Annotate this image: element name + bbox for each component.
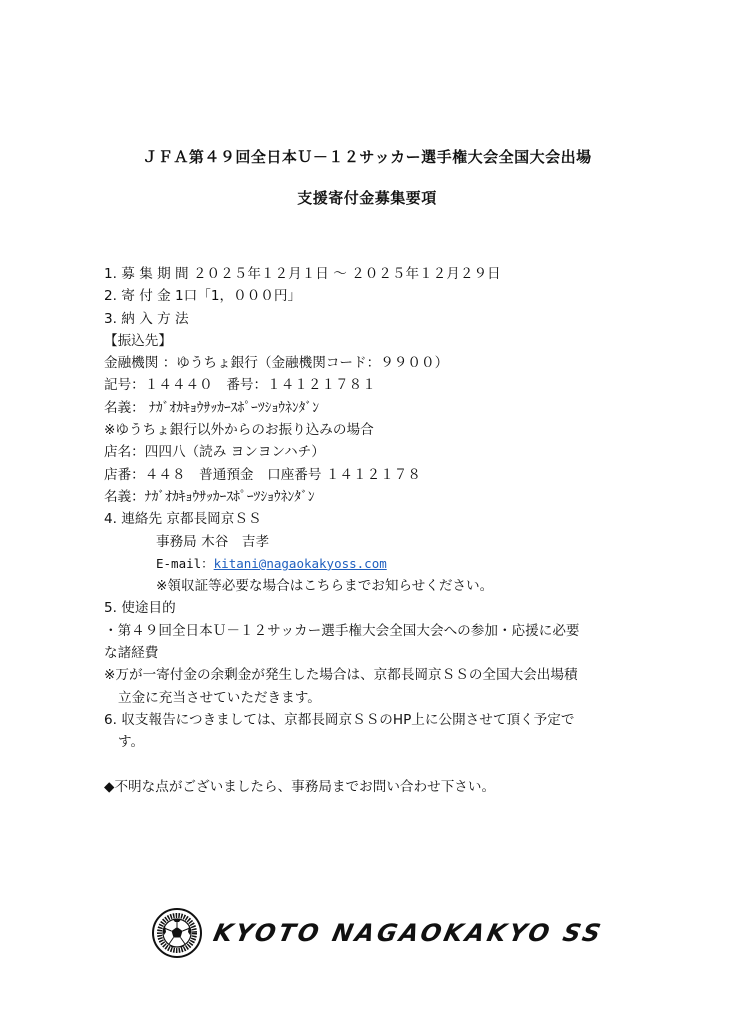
email-link[interactable]: kitani@nagaokakyoss.com bbox=[214, 556, 387, 571]
account-symbol-number: 記号：１４４４０ 番号：１４１２１７８１ bbox=[104, 374, 644, 396]
secretariat-contact: 事務局 木谷 吉孝 bbox=[104, 531, 644, 553]
contact-heading: 4. 連絡先 京都長岡京ＳＳ bbox=[104, 508, 644, 530]
branch-account-number: 店番：４４８ 普通預金 口座番号 １４１２１７８ bbox=[104, 464, 644, 486]
report-note-1: 6. 収支報告につきましては、京都長岡京ＳＳのHP上に公開させて頂く予定で bbox=[104, 709, 644, 731]
spacer bbox=[104, 754, 644, 776]
account-holder: 名義： ﾅｶﾞｵｶｷｮｳｻｯｶｰｽﾎﾟｰﾂｼｮｳﾈﾝﾀﾞﾝ bbox=[104, 397, 644, 419]
club-logo: KYOTO NAGAOKAKYO SS bbox=[152, 908, 603, 958]
receipt-note: ※領収証等必要な場合はこちらまでお知らせください。 bbox=[104, 575, 644, 597]
recruitment-period: 1. 募 集 期 間 ２０２５年１２月１日 ～ ２０２５年１２月２９日 bbox=[104, 263, 644, 285]
transfer-destination-heading: 【振込先】 bbox=[104, 330, 644, 352]
document-subtitle: 支援寄付金募集要項 bbox=[0, 187, 734, 208]
purpose-text-1: ・第４９回全日本Ｕ－１２サッカー選手権大会全国大会への参加・応援に必要 bbox=[104, 620, 644, 642]
club-name-wordmark: KYOTO NAGAOKAKYO SS bbox=[211, 919, 606, 947]
other-bank-note: ※ゆうちょ銀行以外からのお振り込みの場合 bbox=[104, 419, 644, 441]
payment-method-heading: 3. 納 入 方 法 bbox=[104, 308, 644, 330]
document-body: 1. 募 集 期 間 ２０２５年１２月１日 ～ ２０２５年１２月２９日 2. 寄… bbox=[104, 263, 644, 798]
account-holder-other-bank: 名義：ﾅｶﾞｵｶｷｮｳｻｯｶｰｽﾎﾟｰﾂｼｮｳﾈﾝﾀﾞﾝ bbox=[104, 486, 644, 508]
email-line: E-mail：kitani@nagaokakyoss.com bbox=[104, 553, 644, 575]
email-label: E-mail： bbox=[156, 556, 214, 571]
document-title: ＪＦＡ第４９回全日本Ｕ－１２サッカー選手権大会全国大会出場 bbox=[0, 146, 734, 167]
purpose-text-2: な諸経費 bbox=[104, 642, 644, 664]
donation-amount: 2. 寄 付 金 1口「1，０００円」 bbox=[104, 285, 644, 307]
surplus-note-2: 立金に充当させていただきます。 bbox=[104, 687, 644, 709]
financial-institution: 金融機関 ：ゆうちょ銀行（金融機関コード：９９００） bbox=[104, 352, 644, 374]
report-note-2: す。 bbox=[104, 731, 644, 753]
soccer-ball-emblem-icon bbox=[152, 908, 202, 958]
purpose-heading: 5. 使途目的 bbox=[104, 597, 644, 619]
inquiry-note: ◆不明な点がございましたら、事務局までお問い合わせ下さい。 bbox=[104, 776, 644, 798]
branch-name: 店名：四四八（読み ヨンヨンハチ） bbox=[104, 441, 644, 463]
surplus-note-1: ※万が一寄付金の余剰金が発生した場合は、京都長岡京ＳＳの全国大会出場積 bbox=[104, 664, 644, 686]
